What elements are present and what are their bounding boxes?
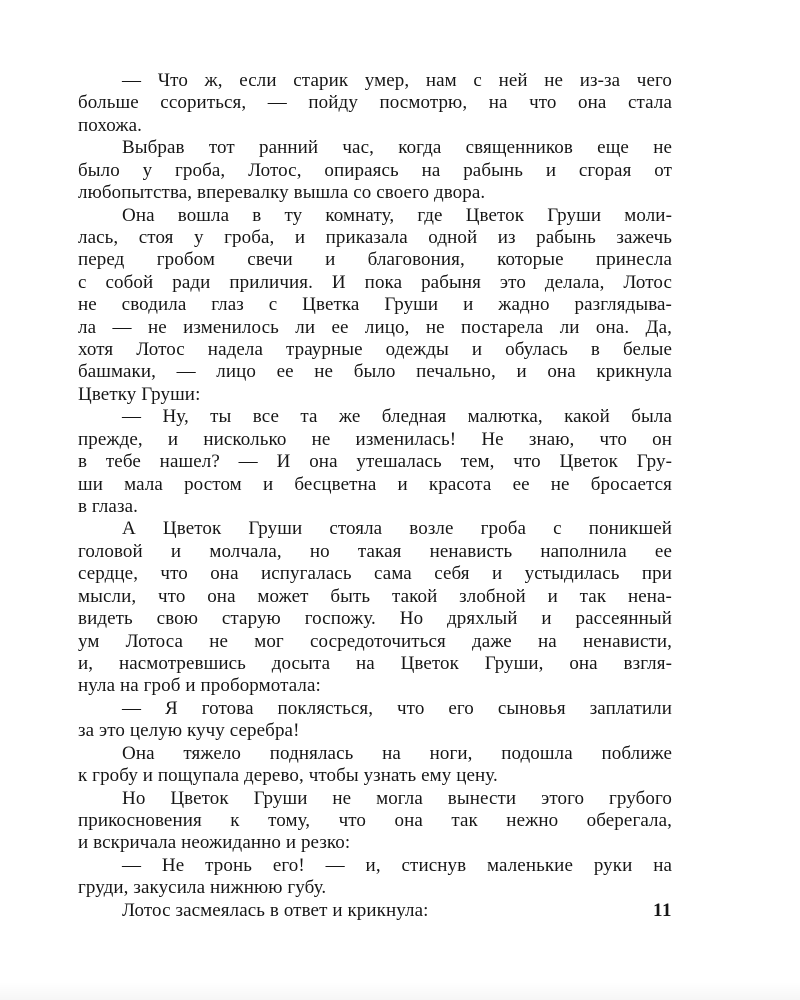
text-line: Лотос засмеялась в ответ и крикнула:11 — [78, 900, 672, 922]
text-line: Она вошла в ту комнату, где Цветок Груши… — [78, 205, 672, 227]
page-number: 11 — [609, 900, 672, 922]
text-line: перед гробом свечи и благовония, которые… — [78, 249, 672, 271]
text-line: за это целую кучу серебра! — [78, 720, 672, 742]
text-line: не сводила глаз с Цветка Груши и жадно р… — [78, 294, 672, 316]
text-line: больше ссориться, — пойду посмотрю, на ч… — [78, 92, 672, 114]
text-line: видеть свою старую госпожу. Но дряхлый и… — [78, 608, 672, 630]
text-line: и вскричала неожиданно и резко: — [78, 832, 672, 854]
text-line: мысли, что она может быть такой злобной … — [78, 586, 672, 608]
text-line: груди, закусила нижнюю губу. — [78, 877, 672, 899]
text-line: в тебе нашел? — И она утешалась тем, что… — [78, 451, 672, 473]
text-line: любопытства, вперевалку вышла со своего … — [78, 182, 672, 204]
text-line: Выбрав тот ранний час, когда священников… — [78, 137, 672, 159]
text-line: к гробу и пощупала дерево, чтобы узнать … — [78, 765, 672, 787]
text-line: с собой ради приличия. И пока рабыня это… — [78, 272, 672, 294]
text-line: в глаза. — [78, 496, 672, 518]
text-line: головой и молчала, но такая ненависть на… — [78, 541, 672, 563]
text-line: нула на гроб и пробормотала: — [78, 675, 672, 697]
text-line: А Цветок Груши стояла возле гроба с пони… — [78, 518, 672, 540]
text-line: — Я готова поклясться, что его сыновья з… — [78, 698, 672, 720]
text-line: башмаки, — лицо ее не было печально, и о… — [78, 361, 672, 383]
text-line: лась, стоя у гроба, и приказала одной из… — [78, 227, 672, 249]
text-line: похожа. — [78, 115, 672, 137]
text-line: сердце, что она испугалась сама себя и у… — [78, 563, 672, 585]
text-line: — Что ж, если старик умер, нам с ней не … — [78, 70, 672, 92]
text-line: ум Лотоса не мог сосредоточиться даже на… — [78, 631, 672, 653]
text-line: и, насмотревшись досыта на Цветок Груши,… — [78, 653, 672, 675]
text-line: прикосновения к тому, что она так нежно … — [78, 810, 672, 832]
book-page: — Что ж, если старик умер, нам с ней не … — [0, 0, 800, 1000]
text-line: хотя Лотос надела траурные одежды и обул… — [78, 339, 672, 361]
text-line: Она тяжело поднялась на ноги, подошла по… — [78, 743, 672, 765]
text-line: ла — не изменилось ли ее лицо, не постар… — [78, 317, 672, 339]
text-line: прежде, и нисколько не изменилась! Не зн… — [78, 429, 672, 451]
text-line: — Ну, ты все та же бледная малютка, како… — [78, 406, 672, 428]
text-line: Цветку Груши: — [78, 384, 672, 406]
text-line: — Не тронь его! — и, стиснув маленькие р… — [78, 855, 672, 877]
text-line: было у гроба, Лотос, опираясь на рабынь … — [78, 160, 672, 182]
text-line: Но Цветок Груши не могла вынести этого г… — [78, 788, 672, 810]
text-block: — Что ж, если старик умер, нам с ней не … — [78, 70, 672, 922]
text-line: ши мала ростом и бесцветна и красота ее … — [78, 474, 672, 496]
